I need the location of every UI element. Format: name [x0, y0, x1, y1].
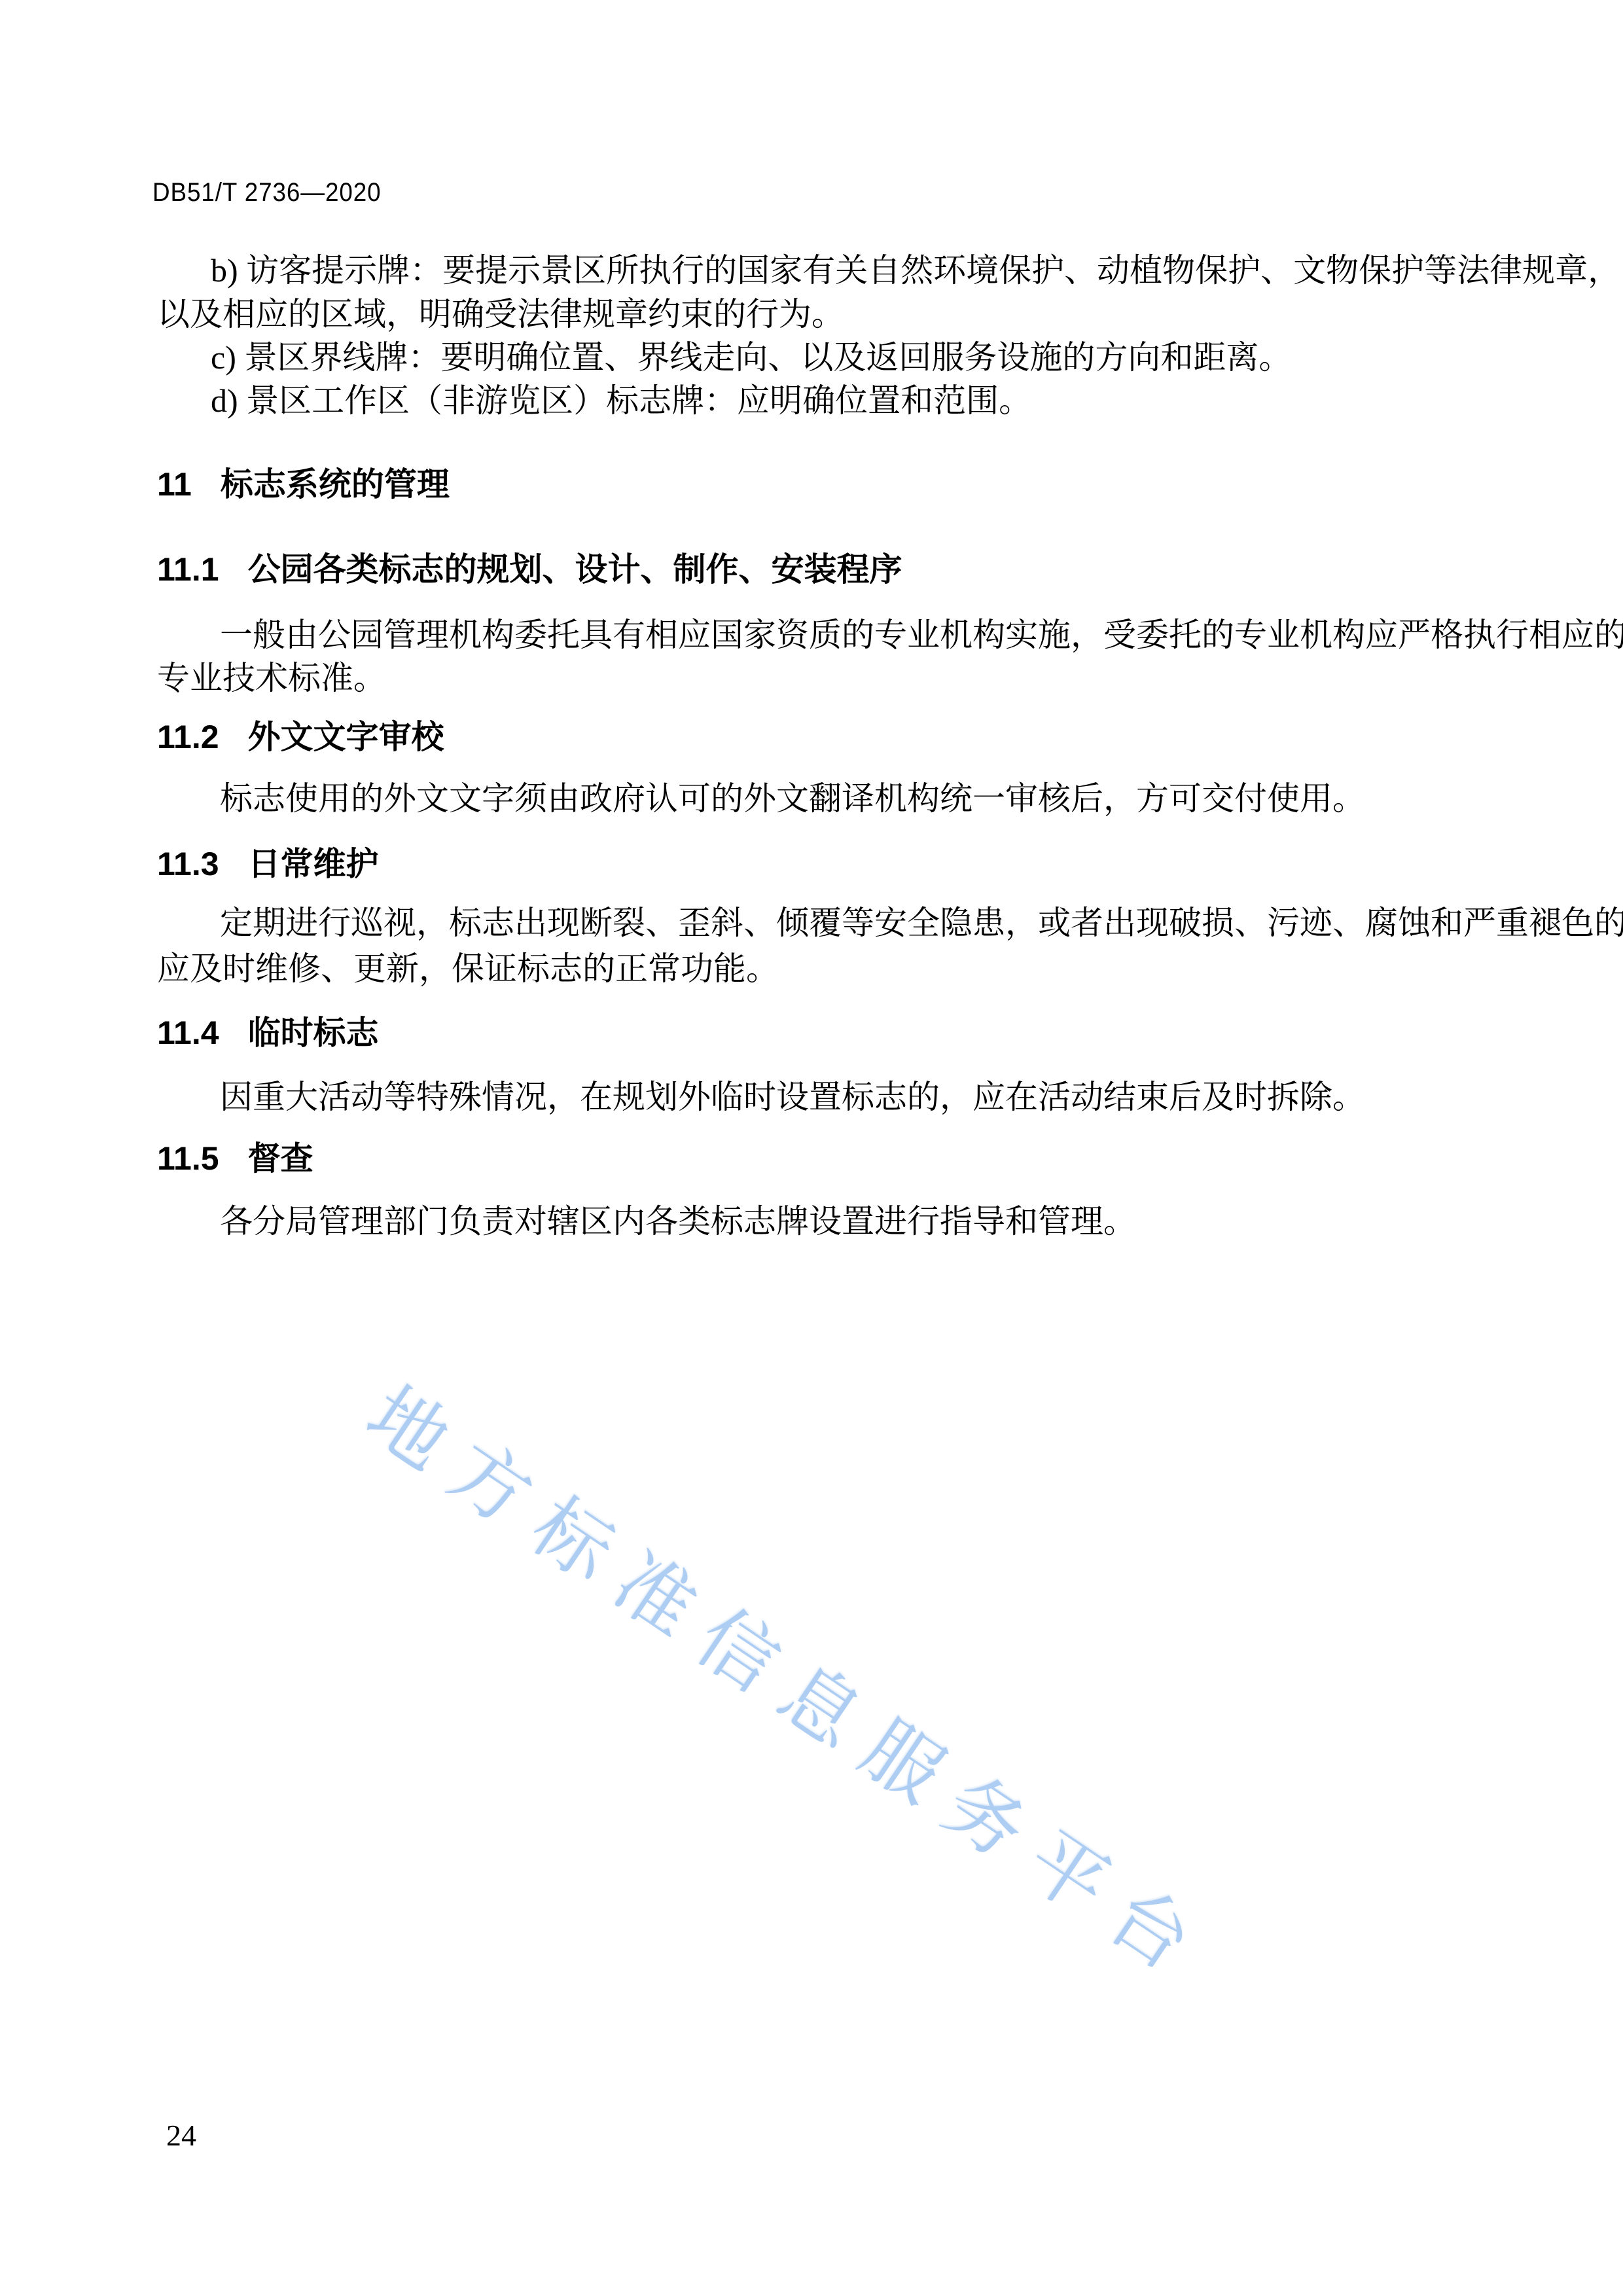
section-11-5-heading: 11.5督查 — [157, 1140, 1558, 1177]
page-number: 24 — [166, 2118, 196, 2153]
watermark-text: 地方标准信息服务平台 — [349, 1355, 1236, 2003]
section-11-1-title: 公园各类标志的规划、设计、制作、安装程序 — [248, 551, 902, 588]
section-11-5-number: 11.5 — [157, 1140, 219, 1177]
document-page: DB51/T 2736—2020 b) 访客提示牌：要提示景区所执行的国家有关自… — [0, 0, 1623, 2296]
section-11-4-heading: 11.4临时标志 — [157, 1014, 1558, 1051]
section-11-5-paragraph: 各分局管理部门负责对辖区内各类标志牌设置进行指导和管理。 — [157, 1203, 1620, 1240]
section-11-5-title: 督查 — [248, 1140, 313, 1177]
section-11-heading: 11标志系统的管理 — [157, 466, 1558, 503]
section-11-number: 11 — [157, 466, 192, 503]
section-11-title: 标志系统的管理 — [221, 466, 450, 503]
section-11-4-paragraph: 因重大活动等特殊情况，在规划外临时设置标志的，应在活动结束后及时拆除。 — [157, 1079, 1620, 1115]
section-11-2-heading: 11.2外文文字审校 — [157, 719, 1558, 755]
section-11-3-title: 日常维护 — [248, 846, 379, 882]
list-item-b-line2: 以及相应的区域，明确受法律规章约束的行为。 — [157, 296, 1558, 332]
section-11-3-paragraph-line1: 定期进行巡视，标志出现断裂、歪斜、倾覆等安全隐患，或者出现破损、污迹、腐蚀和严重… — [157, 905, 1620, 941]
list-item-d: d) 景区工作区（非游览区）标志牌：应明确位置和范围。 — [157, 382, 1611, 419]
list-item-b-line1: b) 访客提示牌：要提示景区所执行的国家有关自然环境保护、动植物保护、文物保护等… — [157, 252, 1611, 289]
section-11-3-number: 11.3 — [157, 846, 219, 882]
section-11-2-number: 11.2 — [157, 719, 219, 755]
section-11-2-paragraph: 标志使用的外文文字须由政府认可的外文翻译机构统一审核后，方可交付使用。 — [157, 780, 1620, 817]
section-11-3-heading: 11.3日常维护 — [157, 846, 1558, 882]
section-11-3-paragraph-line2: 应及时维修、更新，保证标志的正常功能。 — [157, 950, 1558, 987]
section-11-4-title: 临时标志 — [248, 1014, 379, 1051]
section-11-1-paragraph-line2: 专业技术标准。 — [157, 660, 1558, 696]
document-code-header: DB51/T 2736—2020 — [152, 178, 382, 207]
list-item-c: c) 景区界线牌：要明确位置、界线走向、以及返回服务设施的方向和距离。 — [157, 339, 1611, 376]
section-11-1-number: 11.1 — [157, 551, 219, 588]
section-11-4-number: 11.4 — [157, 1014, 219, 1051]
section-11-2-title: 外文文字审校 — [248, 719, 444, 755]
section-11-1-heading: 11.1公园各类标志的规划、设计、制作、安装程序 — [157, 551, 1558, 588]
section-11-1-paragraph-line1: 一般由公园管理机构委托具有相应国家资质的专业机构实施，受委托的专业机构应严格执行… — [157, 617, 1620, 653]
